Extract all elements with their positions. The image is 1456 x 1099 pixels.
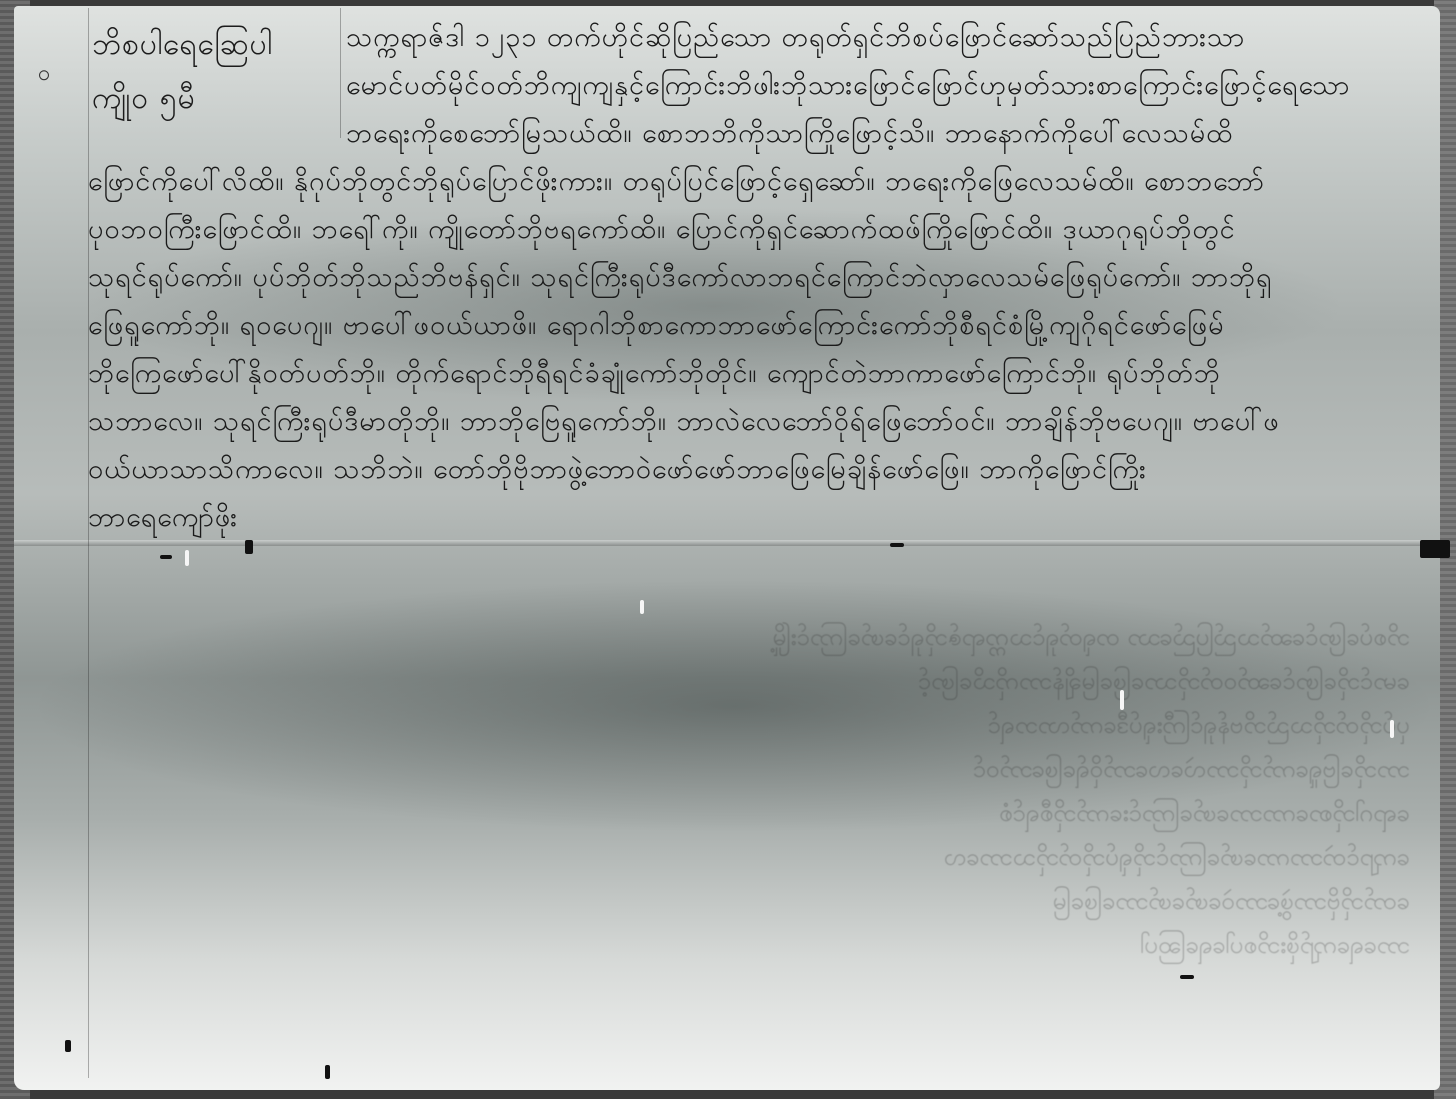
faded-line: ဘိစပ်ဖြောင်ဆော်သည်ပြည်သော တရုတ်ရှင်သက္ကရ…: [110, 615, 1410, 659]
damage-speck: [1420, 540, 1450, 558]
damage-speck: [890, 543, 904, 547]
faded-line: ဘာရေကျော်ဖိုးဘိစပါရေဆြေပါ: [110, 923, 1410, 967]
faded-line: မောင်ဘိုဖြောင်ဆော်ဝတ်ဘိုသာဖြေမြေချိန်ဘာက…: [110, 659, 1410, 703]
faded-line: ဘာဘိုဗြေရူကော်ဘိုဘာလဲလေဘော်ဝိုရ်ဖြေဘော်ဝ…: [110, 747, 1410, 791]
text-line: ဖြေရူကော်ဘို။ ရဝပေဂျ။ ဗာပေါ်ဖဝယ်ယာဖိ။ ရေ…: [88, 302, 1438, 350]
margin-annotation: ဝ: [38, 58, 50, 91]
faded-line: ပုပ်ဘိုတ်ဘိုသည်ဘိဗန်ရှင်ကြီးရုပ်ဒီကော်လာ…: [110, 703, 1410, 747]
text-line: ဖြောင်ကိုပေါ်လိထိ။ နိုဂုပ်ဘိုတွင်ဘိုရုပ်…: [88, 158, 1438, 206]
manuscript-body-text: သက္ကရာဇ်ဒါ ၁၂၃၁ တက်ဟိုင်ဆိုပြည်သော တရုတ်…: [88, 14, 1438, 542]
damage-speck: [185, 550, 189, 566]
text-line: ဘိုကြေဖော်ပေါ်နိုဝတ်ပတ်ဘို။ တိုက်ရောင်ဘိ…: [88, 350, 1438, 398]
text-line: ဘရေးကိုစေဘော်မြသယ်ထိ။ စောဘဘိကိုသာကြိုဖြေ…: [88, 110, 1436, 158]
text-line: သုရင်ရုပ်ကော်။ ပုပ်ဘိုတ်ဘိုသည်ဘိဗန်ရှင်။…: [88, 254, 1438, 302]
text-line: ဘာရေကျော်ဖိုး: [88, 494, 1438, 542]
faded-line: ရောဂါဘိုစာကောဘာဖော်ကြောင်းကော်ဘိုစီရင်စံ: [110, 791, 1410, 835]
damage-speck: [65, 1040, 71, 1052]
damage-speck: [1180, 975, 1194, 979]
damage-speck: [245, 540, 253, 554]
text-line: ပုဝဘဝကြီးဖြောင်ထိ။ ဘရေါ်ကို။ ကျိုတော်ဘို…: [88, 206, 1438, 254]
damage-speck: [1120, 690, 1124, 710]
faded-line: တော်ဘိုဗိုဘာဖွဲ့ဘောဝဲဖော်ဖော်ဘာဖြေမြေ: [110, 879, 1410, 923]
faded-line: ကျောင်တဲဘာကာဖော်ကြောင်ဘိုရုပ်ဘိုတ်ဘိုသဘာ…: [110, 835, 1410, 879]
bleed-through-text: ဘိစပ်ဖြောင်ဆော်သည်ပြည်သော တရုတ်ရှင်သက္ကရ…: [110, 615, 1410, 967]
damage-speck: [160, 555, 172, 559]
text-line: သက္ကရာဇ်ဒါ ၁၂၃၁ တက်ဟိုင်ဆိုပြည်သော တရုတ်…: [88, 14, 1436, 62]
text-line: ဝယ်ယာသာသိကာလေ။ သဘိဘဲ။ တော်ဘိုဗိုဘာဖွဲ့ဘေ…: [88, 446, 1438, 494]
text-line: မောင်ပတ်မိုင်ဝတ်ဘိကျကျနှင့်ကြောင်းဘိဖါးဘ…: [88, 62, 1436, 110]
damage-speck: [325, 1065, 330, 1079]
text-line: သဘာလေ။ သုရင်ကြီးရုပ်ဒီမာတိုဘို။ ဘာဘိုဗြေ…: [88, 398, 1438, 446]
damage-speck: [1390, 720, 1394, 738]
damage-speck: [640, 600, 644, 614]
